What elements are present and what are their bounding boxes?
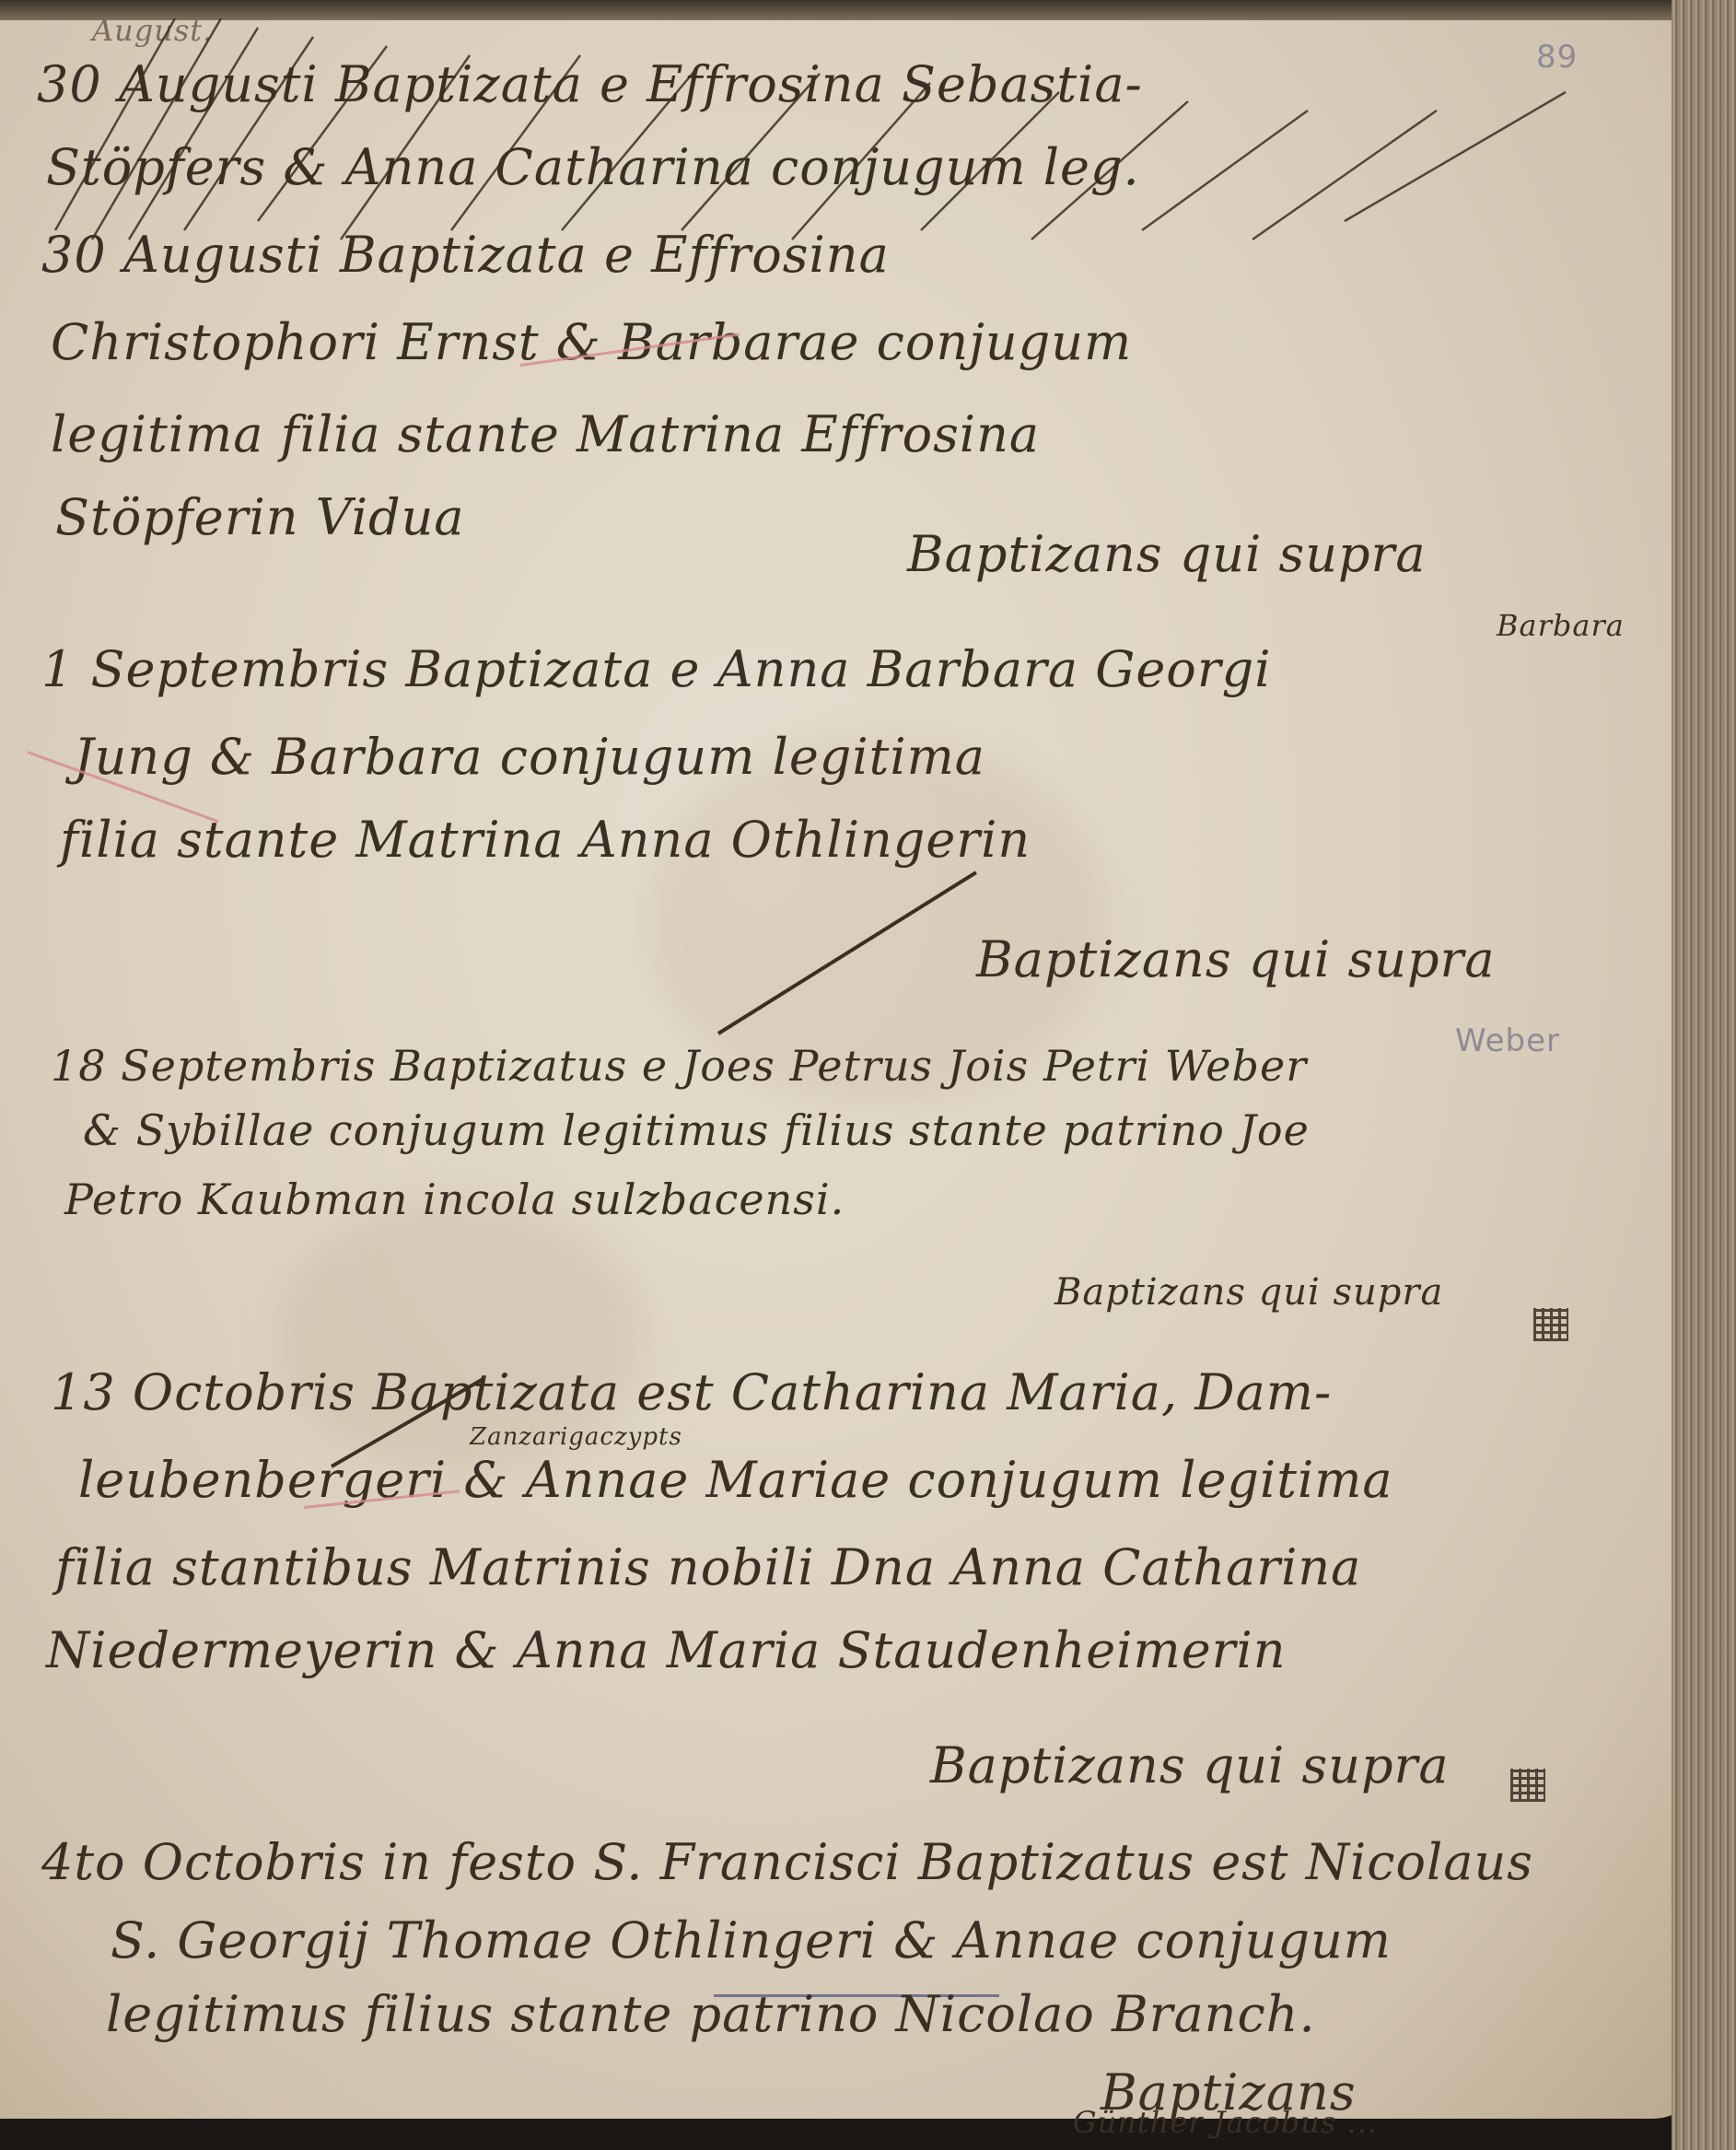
entry-line: 13 Octobris Baptizata est Catharina Mari… (51, 1363, 1332, 1421)
signature-name: Günther Jacobus ... (1073, 2105, 1378, 2140)
entry-line: filia stante Matrina Anna Othlingerin (60, 811, 1031, 869)
signature-baptizans: Baptizans qui supra (907, 525, 1427, 583)
tally-mark (1510, 1769, 1545, 1802)
signature-baptizans: Baptizans qui supra (1054, 1271, 1443, 1314)
page-number: 89 (1536, 39, 1578, 76)
entry-line: 30 Augusti Baptizata e Effrosina (41, 226, 890, 284)
tally-mark (1533, 1308, 1568, 1341)
signature-baptizans: Baptizans qui supra (930, 1736, 1450, 1794)
entry-line: Stöpfers & Anna Catharina conjugum leg. (46, 138, 1140, 196)
interlinear-note: August. (92, 13, 213, 48)
entry-line: Jung & Barbara conjugum legitima (74, 728, 985, 786)
signature-baptizans: Baptizans qui supra (976, 930, 1496, 988)
entry-line: Petro Kaubman incola sulzbacensi. (64, 1174, 845, 1224)
entry-line: Niedermeyerin & Anna Maria Staudenheimer… (46, 1621, 1287, 1679)
book-top-edge (0, 0, 1736, 20)
book-page-edges (1672, 0, 1736, 2150)
entry-line: leubenbergeri & Annae Mariae conjugum le… (78, 1451, 1393, 1509)
entry-line: 30 Augusti Baptizata e Effrosina Sebasti… (37, 55, 1143, 113)
entry-line: legitimus filius stante patrino Nicolao … (106, 1985, 1316, 2043)
entry-line: 4to Octobris in festo S. Francisci Bapti… (41, 1833, 1533, 1891)
interlinear-note: Zanzarigaczypts (470, 1423, 682, 1451)
entry-line: Christophori Ernst & Barbarae conjugum (51, 313, 1132, 371)
entry-line: legitima filia stante Matrina Effrosina (51, 405, 1040, 463)
interlinear-note: Barbara (1497, 608, 1625, 643)
entry-line: & Sybillae conjugum legitimus filius sta… (83, 1105, 1310, 1155)
interlinear-note: Weber (1455, 1022, 1560, 1059)
entry-line: 1 Septembris Baptizata e Anna Barbara Ge… (41, 640, 1271, 698)
entry-line: 18 Septembris Baptizatus e Joes Petrus J… (51, 1041, 1307, 1091)
entry-line: filia stantibus Matrinis nobili Dna Anna… (55, 1538, 1361, 1596)
entry-line: Stöpferin Vidua (55, 488, 465, 546)
entry-line: S. Georgij Thomae Othlingeri & Annae con… (111, 1911, 1392, 1969)
